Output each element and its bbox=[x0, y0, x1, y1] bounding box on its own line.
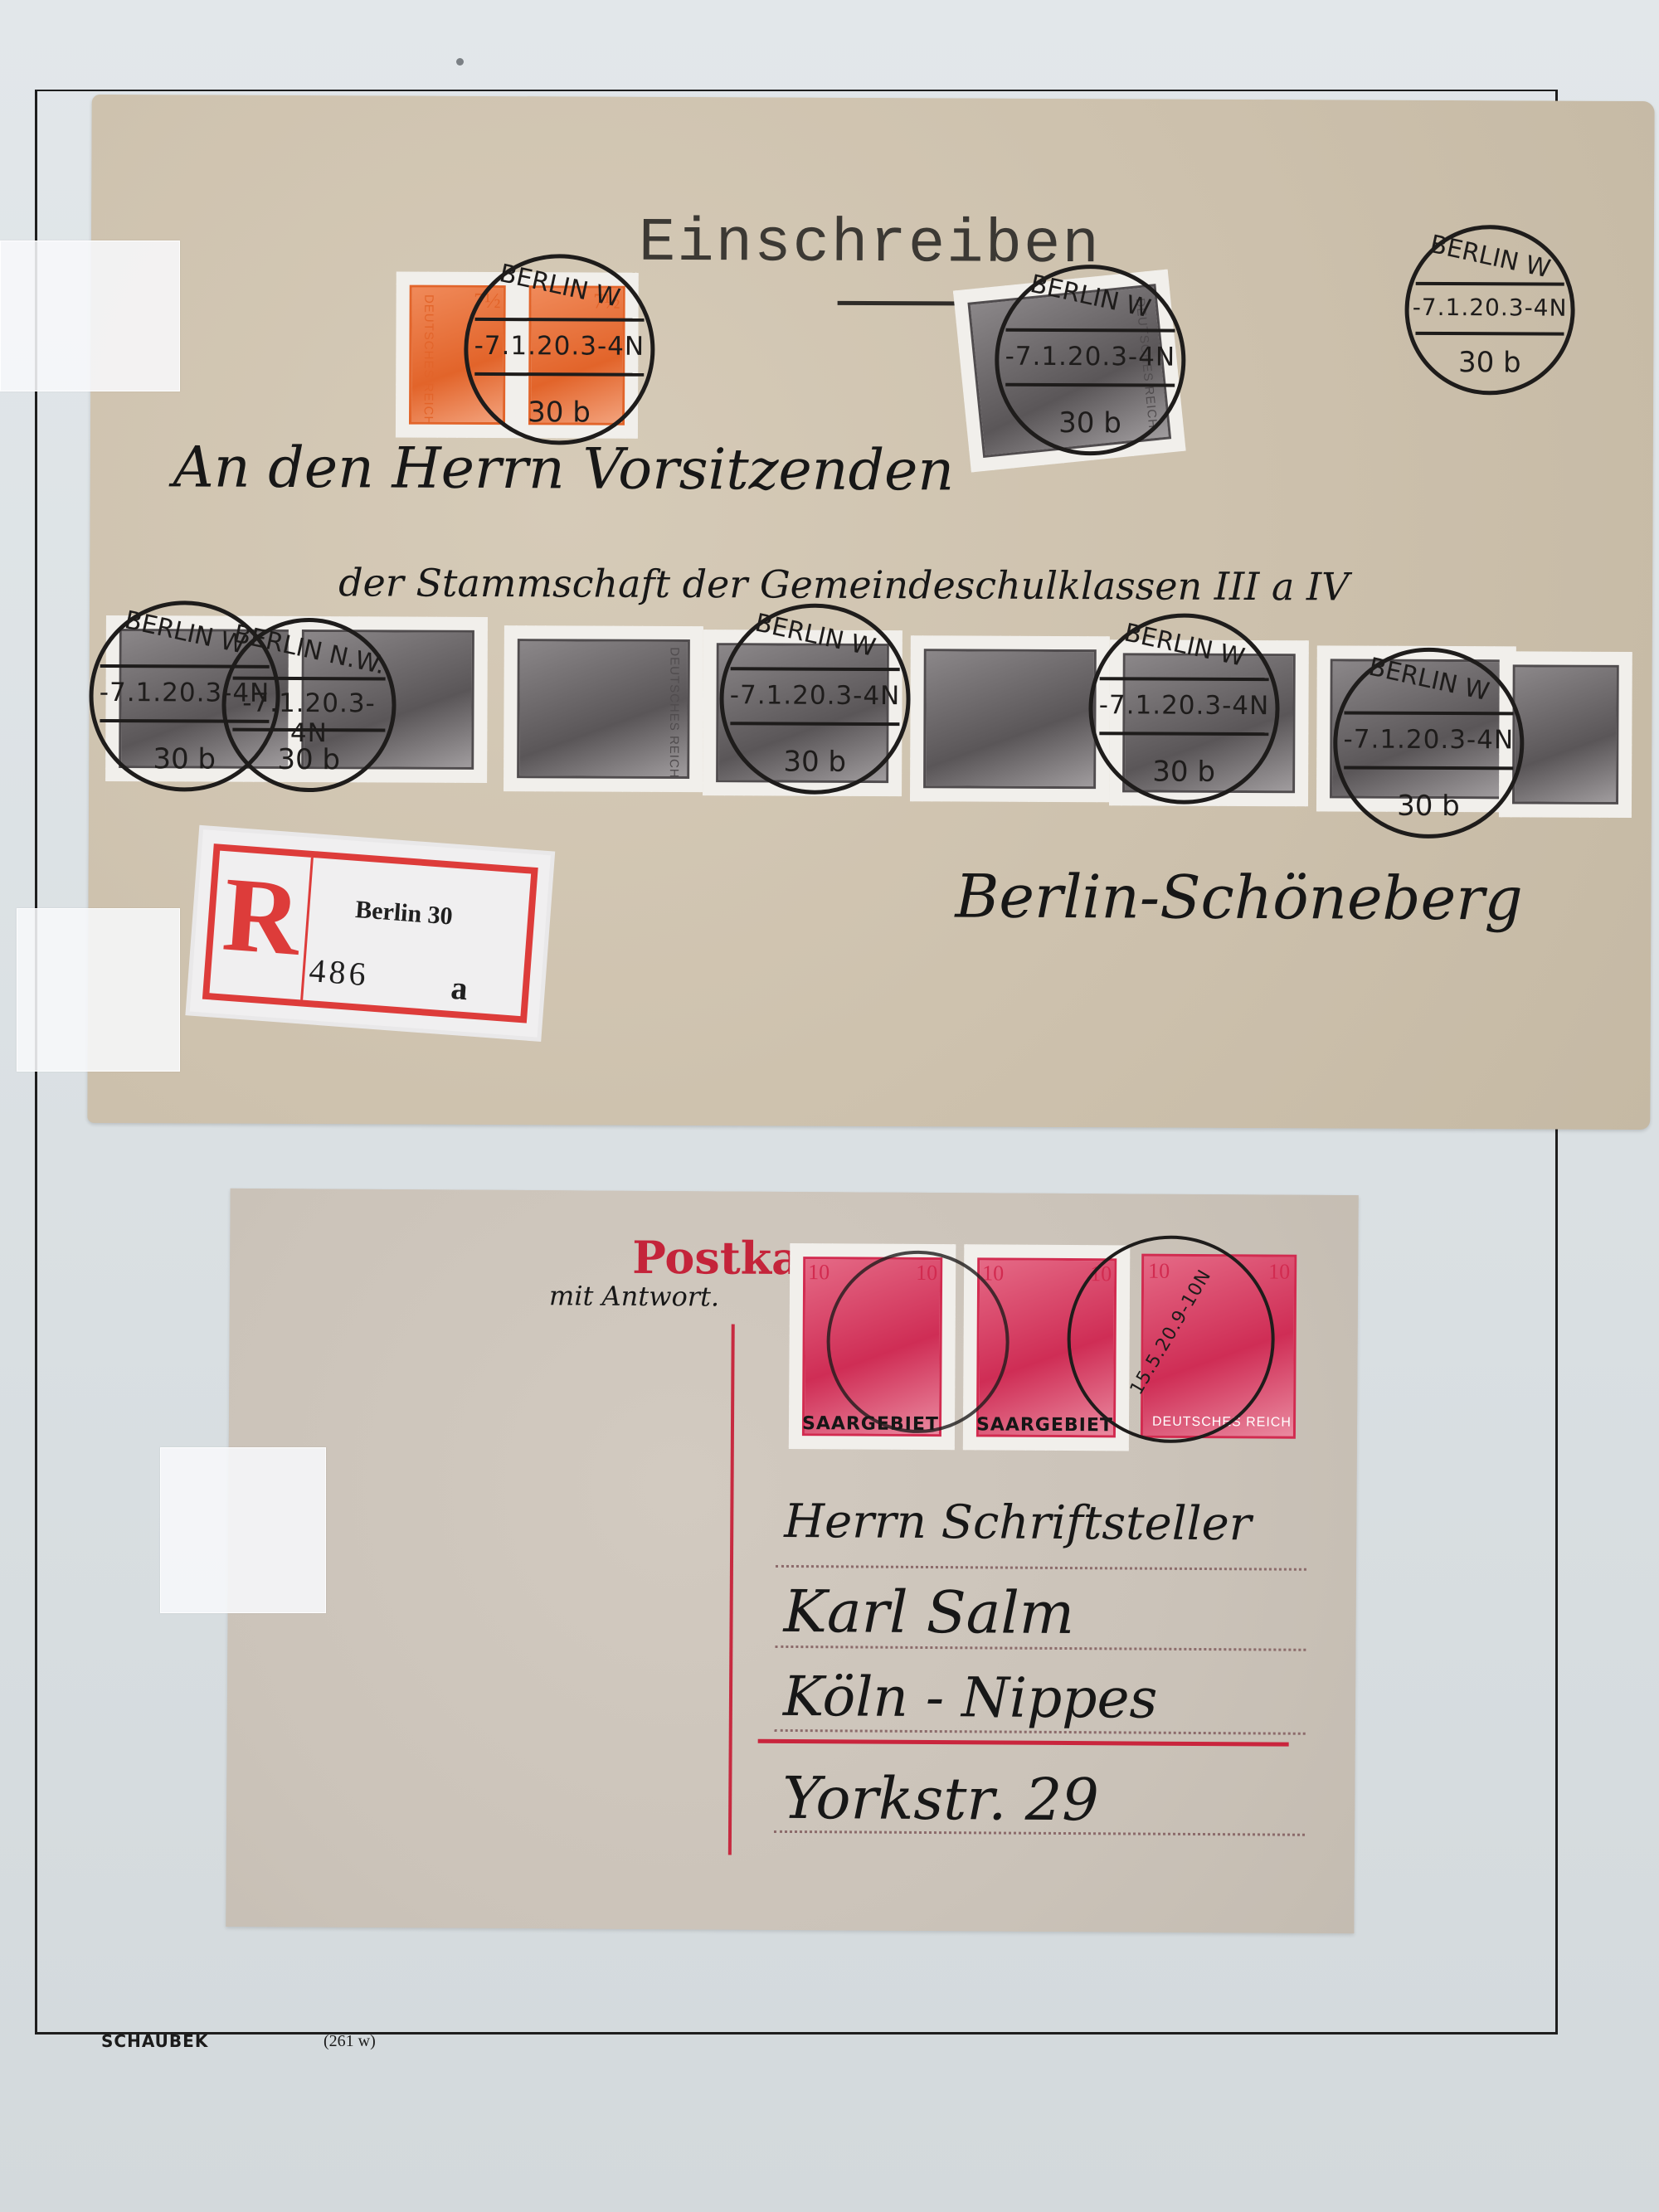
berlin-postmark: BERLIN W-7.1.20.3-4N30 b bbox=[1333, 647, 1525, 839]
page-code: (261 w) bbox=[324, 2032, 376, 2051]
registered-envelope: Einschreiben 7½ DEUTSCHES REICH 7½ BERLI… bbox=[87, 95, 1654, 1130]
registration-letter: R bbox=[219, 851, 304, 980]
mounting-hinge bbox=[0, 241, 180, 391]
postcard-address-line-4: Yorkstr. 29 bbox=[782, 1764, 1099, 1834]
saar-postmark: 15.5.20.9-10N bbox=[1067, 1235, 1276, 1444]
mounting-hinge bbox=[17, 908, 180, 1072]
saar-postmark bbox=[826, 1250, 1010, 1433]
saar-postcard: Postkar mit Antwort. 10 10 SAARGEBIET 10… bbox=[226, 1189, 1358, 1933]
mounting-hinge bbox=[160, 1447, 326, 1613]
berlin-postmark: BERLIN W -7.1.20.3-4N 30 b bbox=[464, 254, 655, 445]
postcard-address-line-3: Köln - Nippes bbox=[783, 1665, 1158, 1731]
postcard-address-line-1: Herrn Schriftsteller bbox=[784, 1495, 1252, 1551]
postcard-address-line-2: Karl Salm bbox=[783, 1578, 1074, 1647]
publisher-name: SCHAUBEK bbox=[101, 2031, 208, 2051]
postcard-divider bbox=[728, 1325, 735, 1855]
berlin-postmark: BERLIN W-7.1.20.3-4N30 b bbox=[719, 603, 911, 795]
registration-number: 486 bbox=[308, 950, 370, 994]
page-speck bbox=[456, 58, 464, 66]
berlin-postmark: BERLIN W -7.1.20.3-4N 30 b bbox=[1404, 225, 1575, 396]
album-page: Einschreiben 7½ DEUTSCHES REICH 7½ BERLI… bbox=[0, 0, 1659, 2212]
address-line-2: der Stammschaft der Gemeindeschulklassen… bbox=[338, 560, 1349, 609]
registration-label: R Berlin 30 486 a bbox=[190, 829, 551, 1038]
address-line-1: An den Herrn Vorsitzenden bbox=[173, 435, 955, 503]
registration-suffix: a bbox=[450, 968, 469, 1008]
registration-office: Berlin 30 bbox=[354, 896, 454, 931]
berlin-postmark: BERLIN W-7.1.20.3-4N30 b bbox=[1088, 613, 1280, 805]
berlin-postmark: BERLIN W -7.1.20.3-4N 30 b bbox=[995, 265, 1186, 456]
berlin-postmark: BERLIN N.W.-7.1.20.3-4N30 b bbox=[221, 618, 397, 793]
postcard-red-rule bbox=[758, 1739, 1289, 1747]
address-line-3: Berlin-Schöneberg bbox=[955, 861, 1523, 933]
postcard-note: mit Antwort. bbox=[549, 1280, 719, 1312]
